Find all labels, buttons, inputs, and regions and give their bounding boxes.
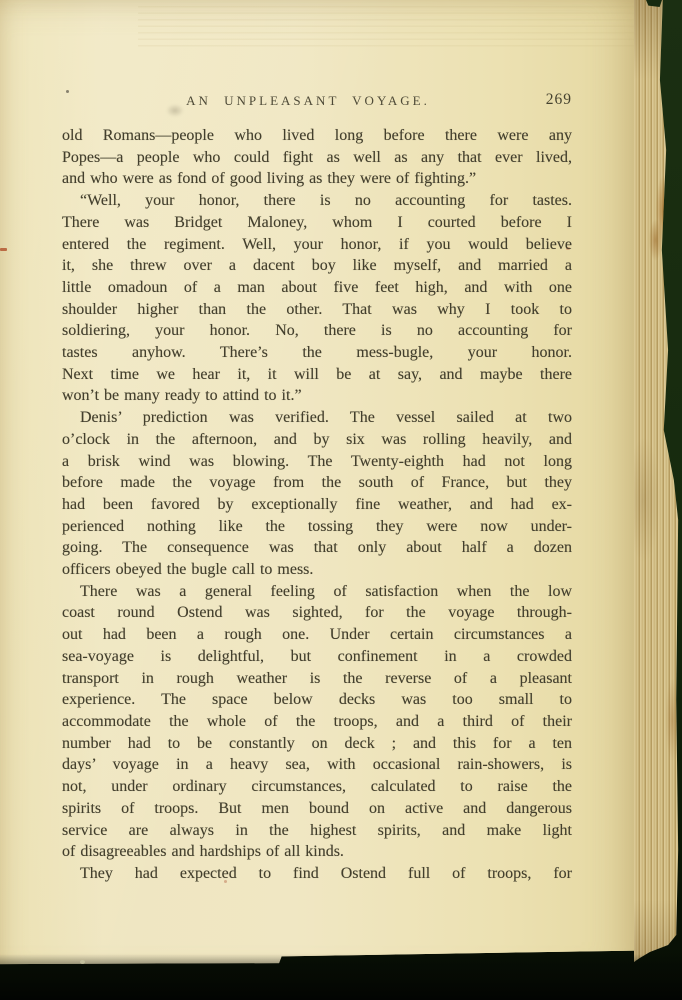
text-line: transport in rough weather is the revers… <box>62 668 572 690</box>
page-number: 269 <box>546 91 572 109</box>
text-line: entered the regiment. Well, your honor, … <box>62 234 572 256</box>
text-line: shoulder higher than the other. That was… <box>62 299 572 321</box>
text-line: service are always in the highest spirit… <box>62 820 572 842</box>
text-line: officers obeyed the bugle call to mess. <box>62 559 572 581</box>
text-line: won’t be many ready to attind to it.” <box>62 385 572 407</box>
text-line: a brisk wind was blowing. The Twenty-eig… <box>62 451 572 473</box>
book-page: AN UNPLEASANT VOYAGE. 269 old Romans—peo… <box>0 0 640 966</box>
text-line: out had been a rough one. Under certain … <box>62 624 572 646</box>
text-line: o’clock in the afternoon, and by six was… <box>62 429 572 451</box>
text-line: There was a general feeling of satisfact… <box>62 581 572 603</box>
text-line: days’ voyage in a heavy sea, with occasi… <box>62 754 572 776</box>
text-line: it, she threw over a dacent boy like mys… <box>62 255 572 277</box>
text-line: experience. The space below decks was to… <box>62 689 572 711</box>
text-line: soldiering, your honor. No, there is no … <box>62 320 572 342</box>
red-mark <box>0 248 7 251</box>
page-header: AN UNPLEASANT VOYAGE. 269 <box>62 93 572 113</box>
book-scan: AN UNPLEASANT VOYAGE. 269 old Romans—peo… <box>0 0 682 1000</box>
text-line: perienced nothing like the tossing they … <box>62 516 572 538</box>
cover-speck <box>80 960 85 964</box>
text-line: coast round Ostend was sighted, for the … <box>62 602 572 624</box>
text-line: going. The consequence was that only abo… <box>62 537 572 559</box>
text-line: number had to be constantly on deck ; an… <box>62 733 572 755</box>
text-line: of disagreeables and hardships of all ki… <box>62 841 572 863</box>
text-line: They had expected to find Ostend full of… <box>62 863 572 885</box>
text-line: not, under ordinary circumstances, calcu… <box>62 776 572 798</box>
text-line: Next time we hear it, it will be at say,… <box>62 364 572 386</box>
book-cover-bottom <box>0 954 682 1000</box>
fore-edge-pages <box>634 0 682 1000</box>
text-line: Denis’ prediction was verified. The vess… <box>62 407 572 429</box>
text-line: before made the voyage from the south of… <box>62 472 572 494</box>
text-line: had been favored by exceptionally fine w… <box>62 494 572 516</box>
text-line: accommodate the whole of the troops, and… <box>62 711 572 733</box>
running-title: AN UNPLEASANT VOYAGE. <box>186 93 430 109</box>
text-line: old Romans—people who lived long before … <box>62 125 572 147</box>
scan-streaks <box>138 6 638 48</box>
text-line: little omadoun of a man about five feet … <box>62 277 572 299</box>
text-line: spirits of troops. But men bound on acti… <box>62 798 572 820</box>
text-line: and who were as fond of good living as t… <box>62 168 572 190</box>
text-line: tastes anyhow. There’s the mess-bugle, y… <box>62 342 572 364</box>
text-line: sea-voyage is delightful, but confinemen… <box>62 646 572 668</box>
text-line: “Well, your honor, there is no accountin… <box>62 190 572 212</box>
body-text: old Romans—people who lived long before … <box>62 125 572 885</box>
text-line: There was Bridget Maloney, whom I courte… <box>62 212 572 234</box>
text-line: Popes—a people who could fight as well a… <box>62 147 572 169</box>
